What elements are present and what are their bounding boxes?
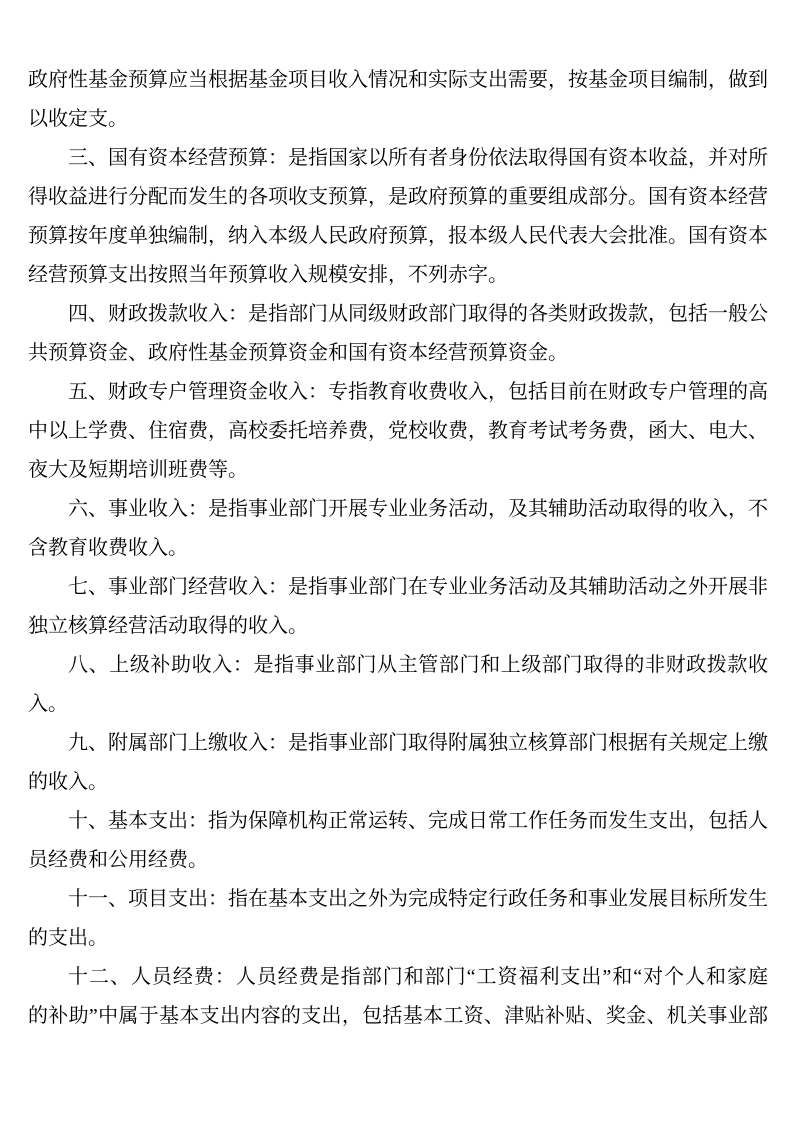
text-line: 八、上级补助收入：是指事业部门从主管部门和上级部门取得的非财政拨款收 bbox=[28, 646, 768, 685]
text-line: 的收入。 bbox=[28, 763, 768, 802]
text-line: 中以上学费、住宿费，高校委托培养费，党校收费，教育考试考务费，函大、电大、 bbox=[28, 412, 768, 451]
text-line: 七、事业部门经营收入：是指事业部门在专业业务活动及其辅助活动之外开展非 bbox=[28, 568, 768, 607]
text-line: 十一、项目支出：指在基本支出之外为完成特定行政任务和事业发展目标所发生 bbox=[28, 880, 768, 919]
text-line: 六、事业收入：是指事业部门开展专业业务活动，及其辅助活动取得的收入，不 bbox=[28, 490, 768, 529]
text-line: 十二、人员经费：人员经费是指部门和部门“工资福利支出”和“对个人和家庭 bbox=[28, 958, 768, 997]
text-line: 十、基本支出：指为保障机构正常运转、完成日常工作任务而发生支出，包括人 bbox=[28, 802, 768, 841]
text-line: 九、附属部门上缴收入：是指事业部门取得附属独立核算部门根据有关规定上缴 bbox=[28, 724, 768, 763]
text-line: 含教育收费收入。 bbox=[28, 529, 768, 568]
text-line: 员经费和公用经费。 bbox=[28, 841, 768, 880]
text-line: 以收定支。 bbox=[28, 100, 768, 139]
text-line: 的支出。 bbox=[28, 919, 768, 958]
text-line: 五、财政专户管理资金收入：专指教育收费收入，包括目前在财政专户管理的高 bbox=[28, 373, 768, 412]
text-line: 预算按年度单独编制，纳入本级人民政府预算，报本级人民代表大会批准。国有资本 bbox=[28, 217, 768, 256]
text-line: 政府性基金预算应当根据基金项目收入情况和实际支出需要，按基金项目编制，做到 bbox=[28, 61, 768, 100]
text-line: 夜大及短期培训班费等。 bbox=[28, 451, 768, 490]
text-line: 共预算资金、政府性基金预算资金和国有资本经营预算资金。 bbox=[28, 334, 768, 373]
text-line: 三、国有资本经营预算：是指国家以所有者身份依法取得国有资本收益，并对所 bbox=[28, 139, 768, 178]
document-text-block: 政府性基金预算应当根据基金项目收入情况和实际支出需要，按基金项目编制，做到 以收… bbox=[28, 61, 768, 1036]
text-line: 独立核算经营活动取得的收入。 bbox=[28, 607, 768, 646]
document-page: 政府性基金预算应当根据基金项目收入情况和实际支出需要，按基金项目编制，做到 以收… bbox=[0, 0, 793, 1122]
text-line: 入。 bbox=[28, 685, 768, 724]
text-line: 经营预算支出按照当年预算收入规模安排，不列赤字。 bbox=[28, 256, 768, 295]
text-line: 的补助”中属于基本支出内容的支出，包括基本工资、津贴补贴、奖金、机关事业部 bbox=[28, 997, 768, 1036]
text-line: 四、财政拨款收入：是指部门从同级财政部门取得的各类财政拨款，包括一般公 bbox=[28, 295, 768, 334]
text-line: 得收益进行分配而发生的各项收支预算，是政府预算的重要组成部分。国有资本经营 bbox=[28, 178, 768, 217]
